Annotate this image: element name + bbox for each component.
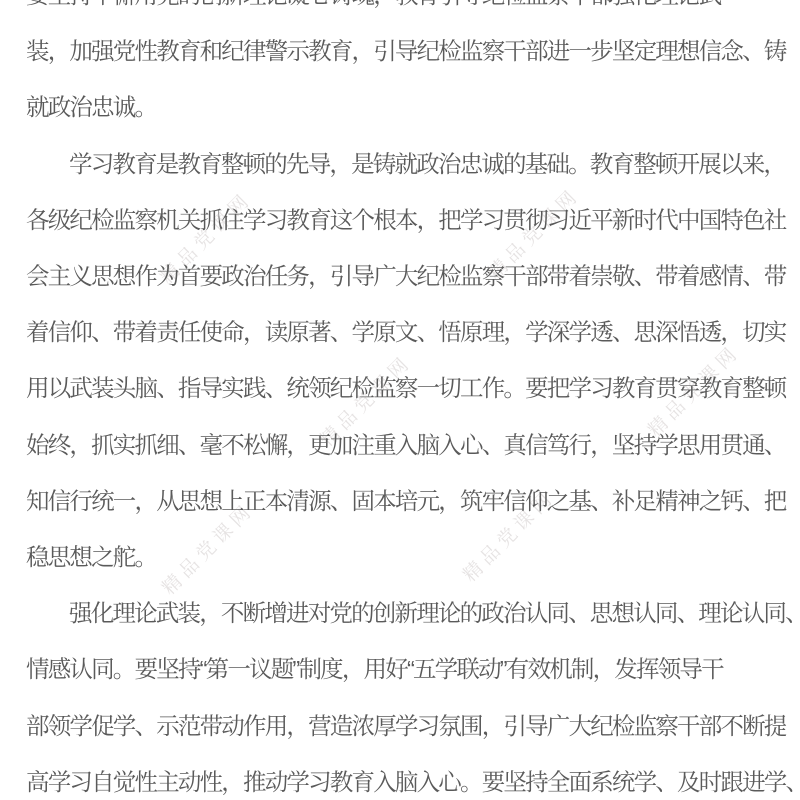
text-line: 学习教育是教育整顿的先导，是铸就政治忠诚的基础。教育整顿开展以来，	[26, 134, 778, 190]
text-line: 强化理论武装，不断增进对党的创新理论的政治认同、思想认同、理论认同、	[26, 583, 778, 639]
text-line: 高学习自觉性主动性，推动学习教育入脑入心。要坚持全面系统学、及时跟进学、	[26, 752, 778, 800]
text-line: 知信行统一，从思想上正本清源、固本培元，筑牢信仰之基、补足精神之钙、把	[26, 471, 778, 527]
text-line: 装，加强党性教育和纪律警示教育，引导纪检监察干部进一步坚定理想信念、铸	[26, 21, 778, 77]
text-line: 用以武装头脑、指导实践、统领纪检监察一切工作。要把学习教育贯穿教育整顿	[26, 358, 778, 414]
text-line: 着信仰、带着责任使命，读原著、学原文、悟原理，学深学透、思深悟透，切实	[26, 302, 778, 358]
text-line: 稳思想之舵。	[26, 527, 778, 583]
text-line: 就政治忠诚。	[26, 77, 778, 133]
text-line: 会主义思想作为首要政治任务，引导广大纪检监察干部带着崇敬、带着感情、带	[26, 246, 778, 302]
text-line: 部领学促学、示范带动作用，营造浓厚学习氛围，引导广大纪检监察干部不断提	[26, 695, 778, 751]
document-body: 要坚持不懈用党的创新理论凝心铸魂，教育引导纪检监察干部强化理论武装，加强党性教育…	[26, 0, 778, 800]
text-line: 始终，抓实抓细、毫不松懈，更加注重入脑入心、真信笃行，坚持学思用贯通、	[26, 415, 778, 471]
text-line: 各级纪检监察机关抓住学习教育这个根本，把学习贯彻习近平新时代中国特色社	[26, 190, 778, 246]
text-line-clipped: 要坚持不懈用党的创新理论凝心铸魂，教育引导纪检监察干部强化理论武	[26, 0, 778, 21]
document-page: 精品党课网精品党课网精品党课网精品党课网精品党课网精品党课网 要坚持不懈用党的创…	[0, 0, 800, 800]
text-line: 情感认同。要坚持“第一议题”制度，用好“五学联动”有效机制，发挥领导干	[26, 639, 778, 695]
